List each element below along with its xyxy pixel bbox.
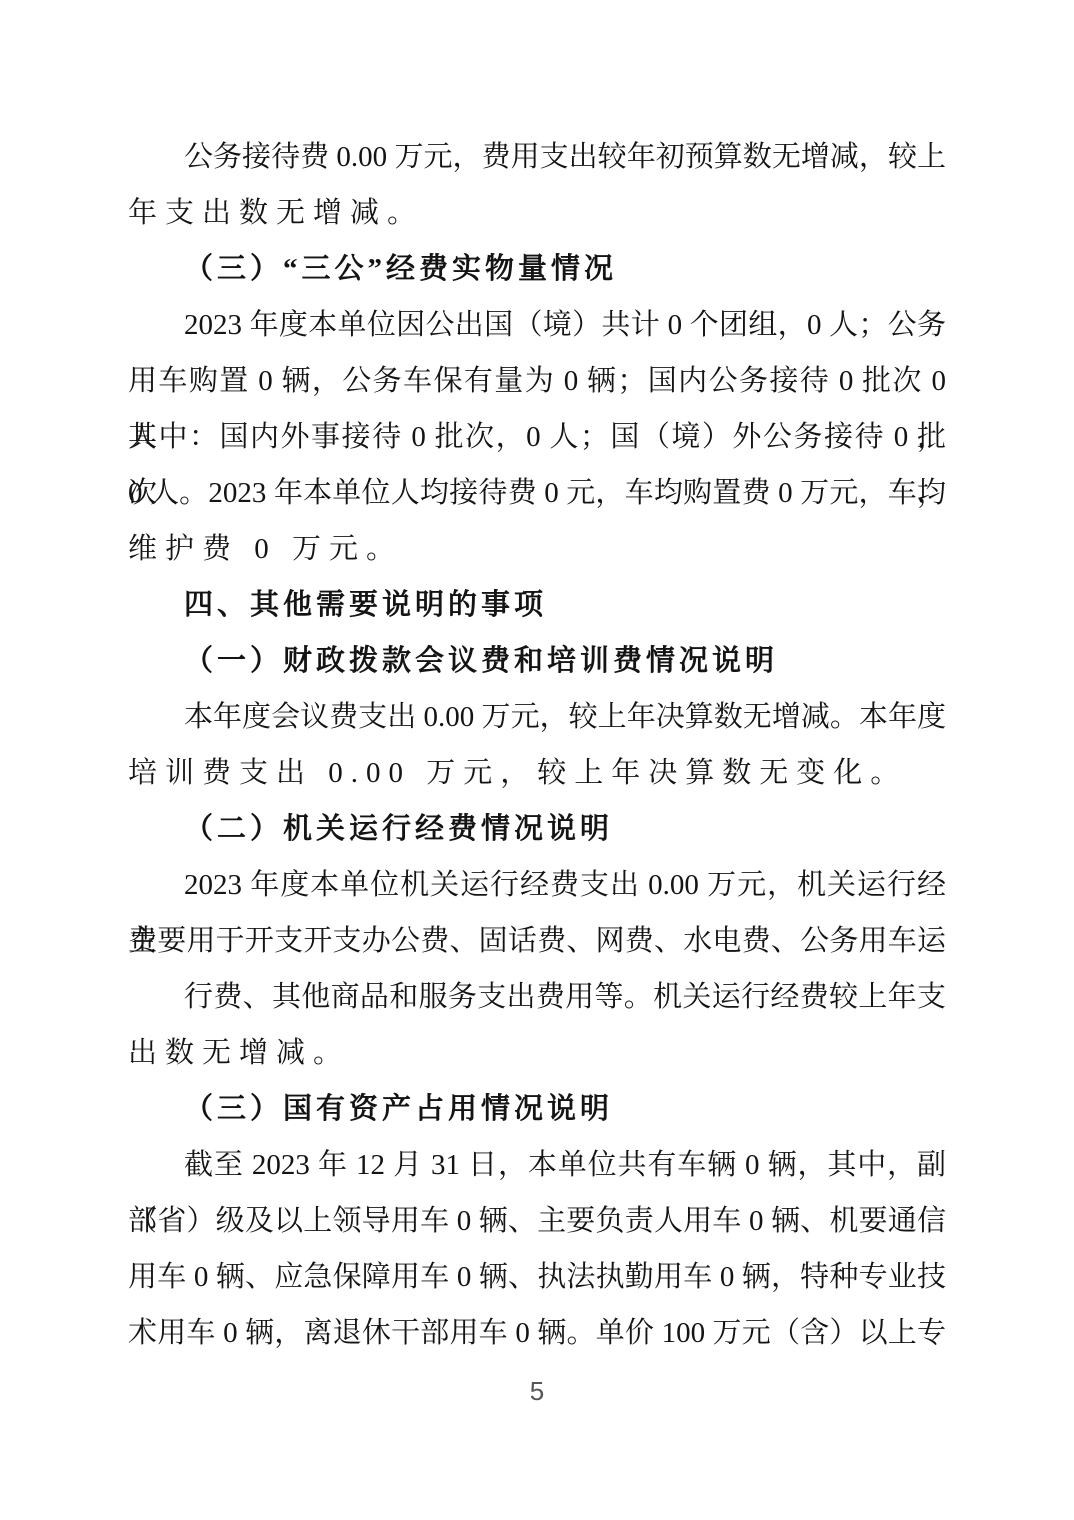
- body-line: 年支出数无增减。: [128, 185, 946, 241]
- section-heading: （三）“三公”经费实物量情况: [128, 241, 946, 297]
- body-line: （省）级及以上领导用车 0 辆、主要负责人用车 0 辆、机要通信: [128, 1193, 946, 1249]
- body-line: 本年度会议费支出 0.00 万元，较上年决算数无增减。本年度: [128, 689, 946, 745]
- document-body: 公务接待费 0.00 万元，费用支出较年初预算数无增减，较上 年支出数无增减。 …: [128, 129, 946, 1361]
- body-line: 维护费 0 万元。: [128, 521, 946, 577]
- section-heading: （一）财政拨款会议费和培训费情况说明: [128, 633, 946, 689]
- section-heading: （三）国有资产占用情况说明: [128, 1081, 946, 1137]
- body-line: 出数无增减。: [128, 1025, 946, 1081]
- body-line: 主要用于开支开支办公费、固话费、网费、水电费、公务用车运: [128, 913, 946, 969]
- body-line: 0 人。2023 年本单位人均接待费 0 元，车均购置费 0 万元，车均: [128, 465, 946, 521]
- body-line: 公务接待费 0.00 万元，费用支出较年初预算数无增减，较上: [128, 129, 946, 185]
- body-line: 用车购置 0 辆，公务车保有量为 0 辆；国内公务接待 0 批次 0 人，: [128, 353, 946, 409]
- page-number: 5: [0, 1376, 1074, 1406]
- body-line: 行费、其他商品和服务支出费用等。机关运行经费较上年支: [128, 969, 946, 1025]
- document-page: 公务接待费 0.00 万元，费用支出较年初预算数无增减，较上 年支出数无增减。 …: [0, 0, 1074, 1520]
- body-line: 用车 0 辆、应急保障用车 0 辆、执法执勤用车 0 辆，特种专业技: [128, 1249, 946, 1305]
- body-line: 术用车 0 辆，离退休干部用车 0 辆。单价 100 万元（含）以上专: [128, 1305, 946, 1361]
- body-line: 其中：国内外事接待 0 批次，0 人；国（境）外公务接待 0 批次，: [128, 409, 946, 465]
- body-line: 培训费支出 0.00 万元，较上年决算数无变化。: [128, 745, 946, 801]
- body-line: 截至 2023 年 12 月 31 日，本单位共有车辆 0 辆，其中，副部: [128, 1137, 946, 1193]
- body-line: 2023 年度本单位因公出国（境）共计 0 个团组，0 人；公务: [128, 297, 946, 353]
- section-heading: （二）机关运行经费情况说明: [128, 801, 946, 857]
- chapter-heading: 四、其他需要说明的事项: [128, 577, 946, 633]
- body-line: 2023 年度本单位机关运行经费支出 0.00 万元，机关运行经费: [128, 857, 946, 913]
